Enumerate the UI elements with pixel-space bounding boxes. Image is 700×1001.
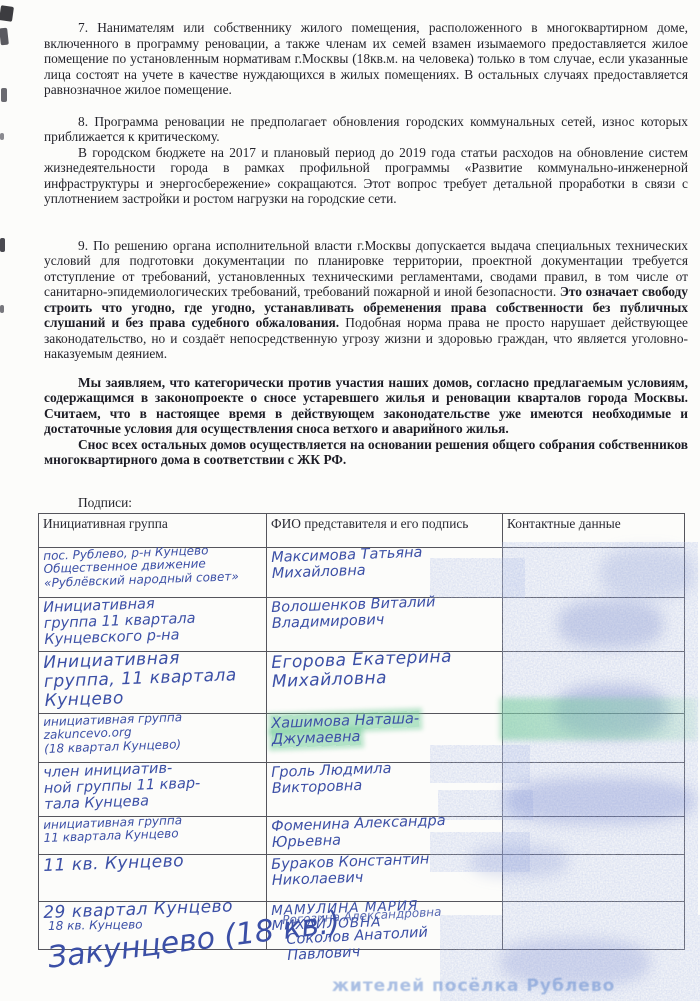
paragraph-8a: 8. Программа реновации не предполагает о… bbox=[44, 114, 688, 145]
cell-initiative-group: Инициативнаягруппа, 11 кварталаКунцево bbox=[39, 651, 267, 713]
handwriting: инициативная группа11 квартала Кунцево bbox=[43, 811, 263, 846]
redaction-blob bbox=[505, 778, 695, 824]
scan-artifact bbox=[0, 28, 9, 46]
cell-initiative-group: 11 кв. Кунцево bbox=[39, 854, 267, 901]
watermark-text: жителей посёлка Рублево bbox=[332, 976, 615, 996]
cell-initiative-group: член инициатив-ной группы 11 квар-тала К… bbox=[39, 762, 267, 816]
scan-artifact bbox=[1, 88, 7, 102]
paragraph-8b: В городском бюджете на 2017 и плановый п… bbox=[44, 145, 688, 207]
paragraph-7-text: 7. Нанимателям или собственнику жилого п… bbox=[44, 20, 688, 97]
scan-artifact bbox=[0, 305, 4, 313]
cell-initiative-group: инициативная группаzakuncevo.org(18 квар… bbox=[39, 713, 267, 762]
redaction-blob bbox=[558, 600, 663, 648]
scanned-petition-page: 7. Нанимателям или собственнику жилого п… bbox=[0, 0, 700, 1001]
paragraph-9: 9. По решению органа исполнительной влас… bbox=[44, 238, 688, 362]
paragraph-8b-text: В городском бюджете на 2017 и плановый п… bbox=[44, 145, 688, 207]
signatures-label: Подписи: bbox=[78, 495, 688, 511]
paragraph-7: 7. Нанимателям или собственнику жилого п… bbox=[44, 20, 688, 98]
cell-initiative-group: инициативная группа11 квартала Кунцево bbox=[39, 816, 267, 854]
handwriting: Инициативнаягруппа 11 кварталаКунцевског… bbox=[43, 592, 264, 648]
handwriting: Инициативнаягруппа, 11 кварталаКунцево bbox=[43, 646, 264, 711]
handwriting: Хашимова Наташа-Джумаевна bbox=[271, 708, 499, 748]
handwriting: Бураков КонстантинНиколаевич bbox=[271, 849, 499, 889]
handwriting: Волошенков ВиталийВладимирович bbox=[271, 592, 499, 632]
scan-artifact bbox=[0, 133, 4, 140]
handwriting: Егорова ЕкатеринаМихайловна bbox=[271, 646, 499, 692]
paragraph-8a-text: 8. Программа реновации не предполагает о… bbox=[44, 114, 688, 145]
document-body: 7. Нанимателям или собственнику жилого п… bbox=[44, 20, 688, 511]
cell-representative-signature: Волошенков ВиталийВладимирович bbox=[267, 598, 503, 652]
redaction-blob bbox=[600, 548, 695, 598]
handwriting: член инициатив-ной группы 11 квар-тала К… bbox=[43, 757, 264, 813]
scan-artifact bbox=[0, 238, 5, 252]
paragraph-declaration: Мы заявляем, что категорически против уч… bbox=[44, 375, 688, 437]
cell-initiative-group: пос. Рублево, р-н КунцевоОбщественное дв… bbox=[39, 548, 267, 598]
paragraph-demolition: Снос всех остальных домов осуществляется… bbox=[44, 437, 688, 468]
below-table-fio-2-line2: Павлович bbox=[287, 944, 361, 964]
below-table-fio-2: Соколов Анатолий Павлович bbox=[286, 925, 429, 965]
cell-representative-signature: Егорова ЕкатеринаМихайловна bbox=[267, 651, 503, 713]
cell-initiative-group: Инициативнаягруппа 11 кварталаКунцевског… bbox=[39, 598, 267, 652]
green-highlighter-band bbox=[500, 698, 698, 740]
cell-representative-signature: Бураков КонстантинНиколаевич bbox=[267, 854, 503, 901]
scan-artifact bbox=[0, 5, 14, 22]
handwriting: инициативная группаzakuncevo.org(18 квар… bbox=[43, 708, 263, 756]
handwriting: пос. Рублево, р-н КунцевоОбщественное дв… bbox=[43, 542, 263, 590]
